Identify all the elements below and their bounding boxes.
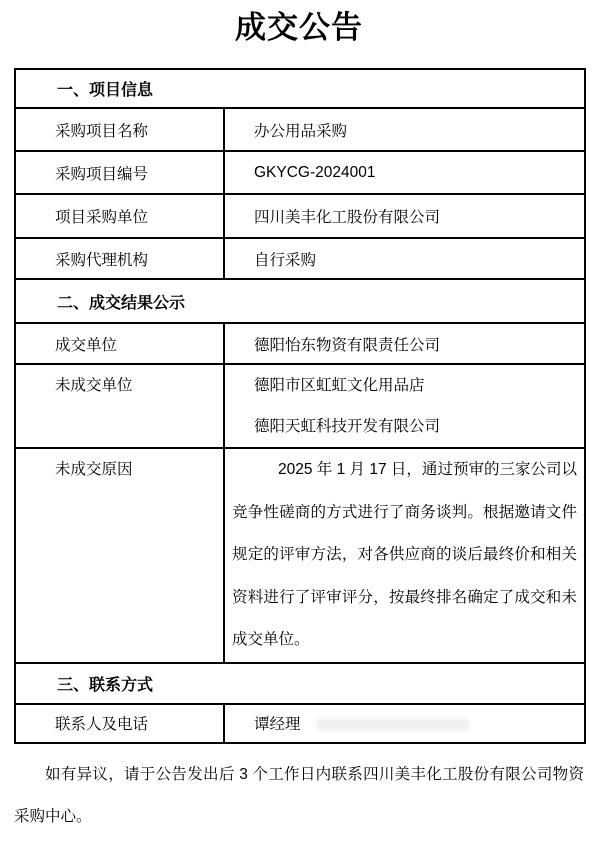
contact-label: 联系人及电话 [15,704,224,743]
non-winner-company-2: 德阳天虹科技开发有限公司 [254,406,584,447]
non-winner-company-1: 德阳市区虹虹文化用品店 [254,365,584,406]
section-3-header-row: 三、联系方式 [15,663,585,704]
reason-paragraph: 2025 年 1 月 17 日，通过预审的三家公司以竞争性磋商的方式进行了商务谈… [232,449,577,662]
row-project-number: 采购项目编号 GKYCG-2024001 [15,151,585,194]
project-name-value: 办公用品采购 [224,108,585,151]
announcement-page: 成交公告 一、项目信息 采购项目名称 办公用品采购 采购项目编号 GKYCG-2… [0,8,598,844]
row-agency: 采购代理机构 自行采购 [15,238,585,279]
footer-note: 如有异议，请于公告发出后 3 个工作日内联系四川美丰化工股份有限公司物资采购中心… [14,754,584,838]
winner-label: 成交单位 [15,323,224,364]
non-winners-label: 未成交单位 [15,364,224,448]
announcement-table: 一、项目信息 采购项目名称 办公用品采购 采购项目编号 GKYCG-202400… [14,68,586,744]
contact-value: 谭经理 [224,704,585,743]
redacted-phone-number [317,718,469,731]
row-winner: 成交单位 德阳怡东物资有限责任公司 [15,323,585,364]
section-1-heading: 一、项目信息 [15,69,585,108]
section-3-heading: 三、联系方式 [15,663,585,704]
section-2-header-row: 二、成交结果公示 [15,279,585,323]
project-number-label: 采购项目编号 [15,151,224,194]
purchasing-unit-label: 项目采购单位 [15,194,224,238]
reason-value: 2025 年 1 月 17 日，通过预审的三家公司以竞争性磋商的方式进行了商务谈… [224,448,585,663]
purchasing-unit-value: 四川美丰化工股份有限公司 [224,194,585,238]
row-non-winners: 未成交单位 德阳市区虹虹文化用品店 德阳天虹科技开发有限公司 [15,364,585,448]
non-winners-value: 德阳市区虹虹文化用品店 德阳天虹科技开发有限公司 [224,364,585,448]
page-title: 成交公告 [0,8,598,48]
winner-value: 德阳怡东物资有限责任公司 [224,323,585,364]
agency-value: 自行采购 [224,238,585,279]
row-purchasing-unit: 项目采购单位 四川美丰化工股份有限公司 [15,194,585,238]
contact-person: 谭经理 [254,716,301,733]
section-2-heading: 二、成交结果公示 [15,279,585,323]
row-contact: 联系人及电话 谭经理 [15,704,585,743]
section-1-header-row: 一、项目信息 [15,69,585,108]
agency-label: 采购代理机构 [15,238,224,279]
project-number-value: GKYCG-2024001 [224,151,585,194]
reason-label: 未成交原因 [15,448,224,663]
row-reason: 未成交原因 2025 年 1 月 17 日，通过预审的三家公司以竞争性磋商的方式… [15,448,585,663]
project-name-label: 采购项目名称 [15,108,224,151]
row-project-name: 采购项目名称 办公用品采购 [15,108,585,151]
